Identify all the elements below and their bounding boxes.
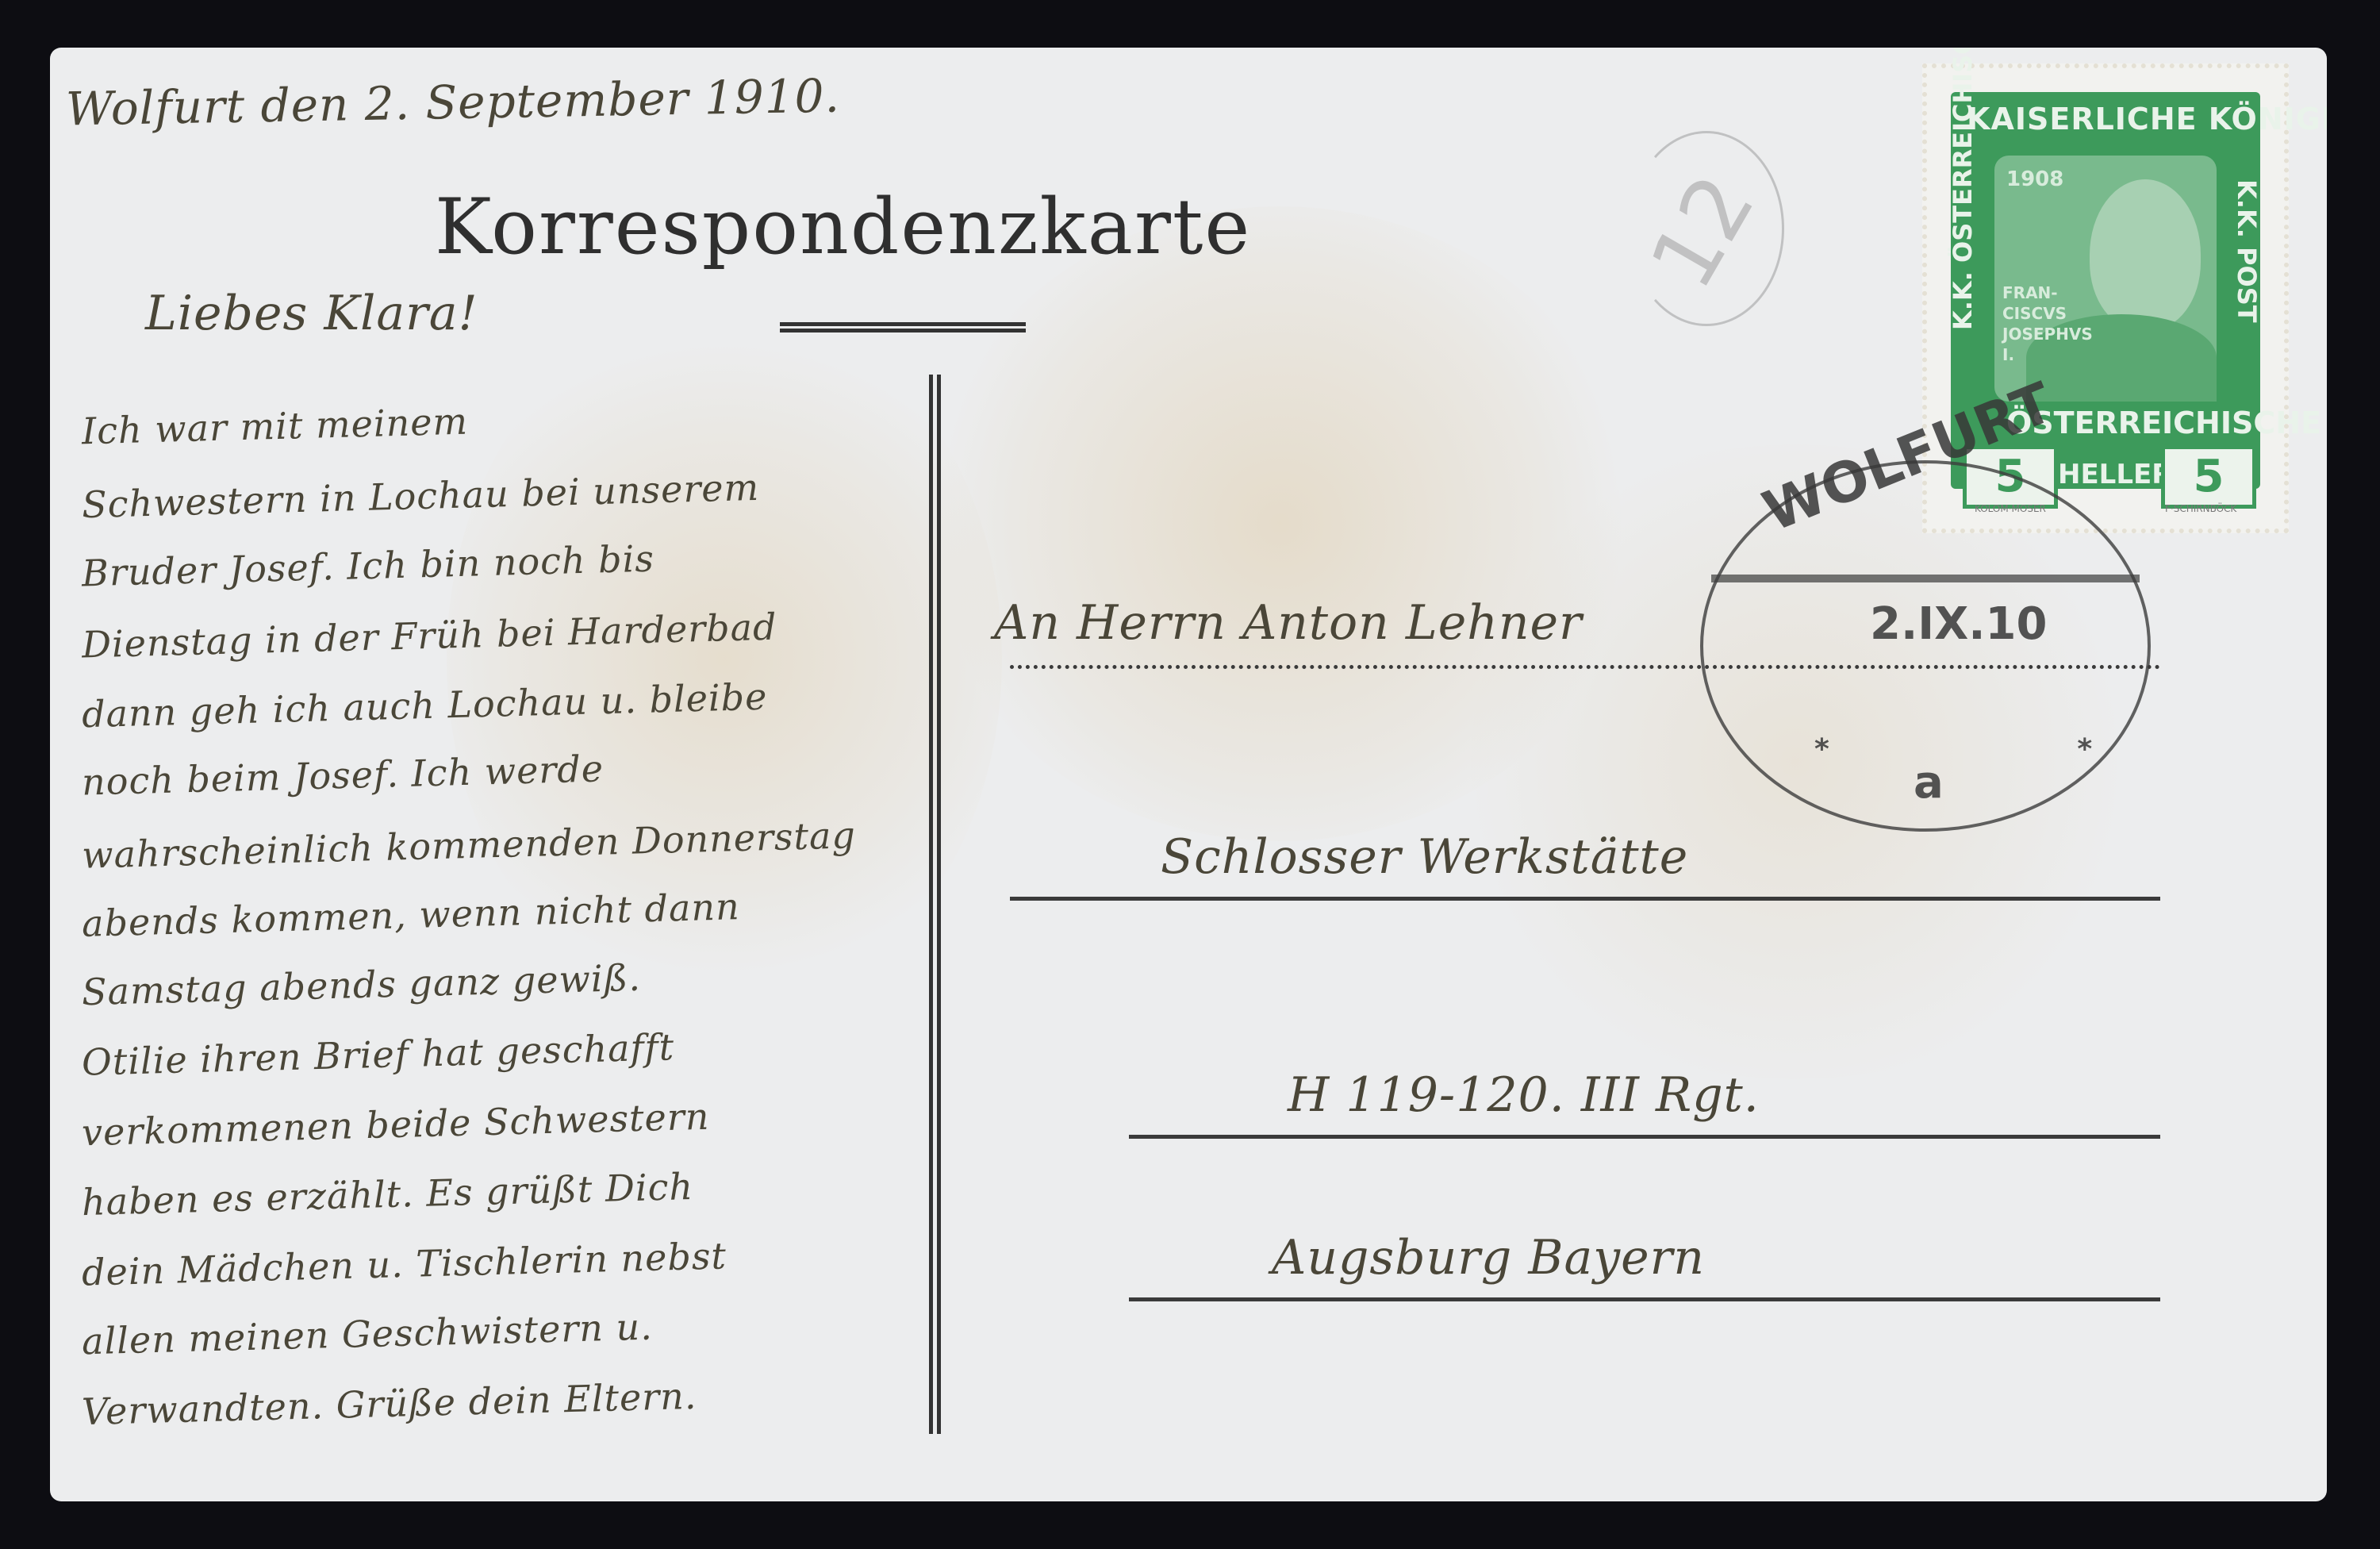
message-line: verkommenen beide Schwestern xyxy=(81,1095,710,1155)
message-salutation: Liebes Klara! xyxy=(145,286,478,341)
message-line: dann geh ich auch Lochau u. bleibe xyxy=(81,675,768,736)
message-line: Bruder Josef. Ich bin noch bis xyxy=(81,537,654,595)
stamp-right-text: K.K. POST xyxy=(2232,179,2262,323)
message-line: haben es erzählt. Es grüßt Dich xyxy=(81,1165,693,1224)
postmark: WOLFURT 2.IX.10 * * a xyxy=(1700,460,2151,832)
divider-vertical xyxy=(929,375,933,1434)
foxing-stain xyxy=(923,206,1637,841)
address-street: Schlosser Werkstätte xyxy=(1161,829,1688,885)
message-line: Samstag abends ganz gewiß. xyxy=(81,956,641,1013)
divider-line xyxy=(780,322,1026,326)
stamp-designer-right: F·SCHIRNBÖCK xyxy=(2165,503,2236,514)
stamp-value-right: 5 xyxy=(2161,445,2256,509)
address-recipient: An Herrn Anton Lehner xyxy=(994,595,1583,651)
message-line: Otilie ihren Brief hat geschafft xyxy=(81,1025,674,1084)
stamp-year: 1908 xyxy=(2006,167,2063,191)
message-line: Ich war mit meinem xyxy=(81,400,468,453)
printed-title: Korrespondenzkarte xyxy=(435,183,1251,271)
message-line: dein Mädchen u. Tischlerin nebst xyxy=(81,1234,727,1293)
address-line xyxy=(1129,1297,2160,1301)
handwritten-date: Wolfurt den 2. September 1910. xyxy=(65,68,840,136)
address-city: Augsburg Bayern xyxy=(1272,1230,1705,1286)
message-line: noch beim Josef. Ich werde xyxy=(81,747,604,803)
postmark-stars: * * xyxy=(1814,733,2211,766)
message-line: Dienstag in der Früh bei Harderbad xyxy=(81,605,777,667)
message-line: allen meinen Geschwistern u. xyxy=(81,1305,653,1363)
postcard: Wolfurt den 2. September 1910. Korrespon… xyxy=(50,48,2327,1501)
stamp-portrait-name: FRAN- CISCVS JOSEPHVS I. xyxy=(2002,283,2093,365)
address-line xyxy=(1010,897,2160,901)
postmark-date: 2.IX.10 xyxy=(1870,598,2047,650)
address-number: H 119-120. III Rgt. xyxy=(1288,1067,1760,1123)
faint-mark-text: 12 xyxy=(1631,158,1775,305)
message-line: Verwandten. Grüße dein Eltern. xyxy=(81,1374,697,1433)
divider-line xyxy=(780,329,1026,332)
divider-vertical xyxy=(937,375,941,1434)
message-line: abends kommen, wenn nicht dann xyxy=(81,885,740,945)
message-line: Schwestern in Lochau bei unserem xyxy=(81,466,759,526)
postmark-bar xyxy=(1711,575,2140,582)
faint-handstamp: 12 xyxy=(1629,131,1784,326)
postmark-letter: a xyxy=(1914,757,1944,809)
stamp-top-text: KAISERLICHE KÖNIGLICHE xyxy=(1967,102,2327,136)
stamp-left-text: K.K. ÖSTERREICHISCHE xyxy=(1948,48,1978,330)
address-line xyxy=(1129,1135,2160,1139)
stamp-denomination: HELLER xyxy=(2058,459,2172,490)
message-line: wahrscheinlich kommenden Donnerstag xyxy=(81,813,856,877)
emperor-portrait-icon xyxy=(2090,179,2201,330)
